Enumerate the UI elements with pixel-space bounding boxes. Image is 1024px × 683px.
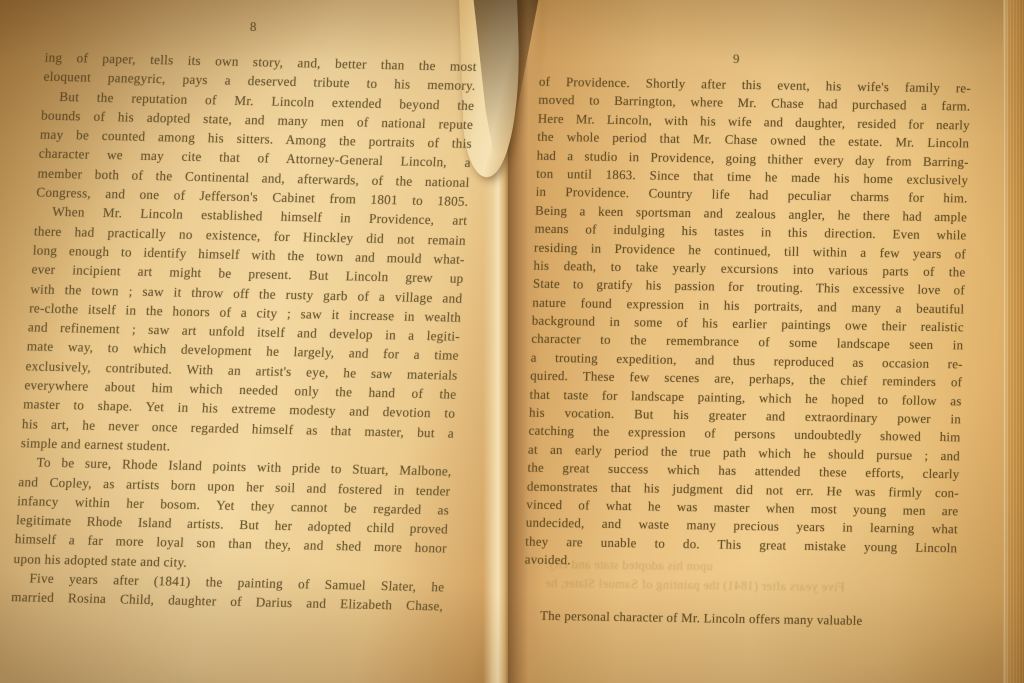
page-edge-stack [1003,0,1024,683]
open-book-photo: 8 9 ing of paper, tells its own story, a… [0,0,1024,683]
page-number-left: 8 [250,19,258,35]
page-number-right: 9 [733,51,741,67]
right-page-text: of Providence. Shortly after this event,… [523,73,971,632]
left-page-text: ing of paper, tells its own story, and, … [11,48,478,616]
